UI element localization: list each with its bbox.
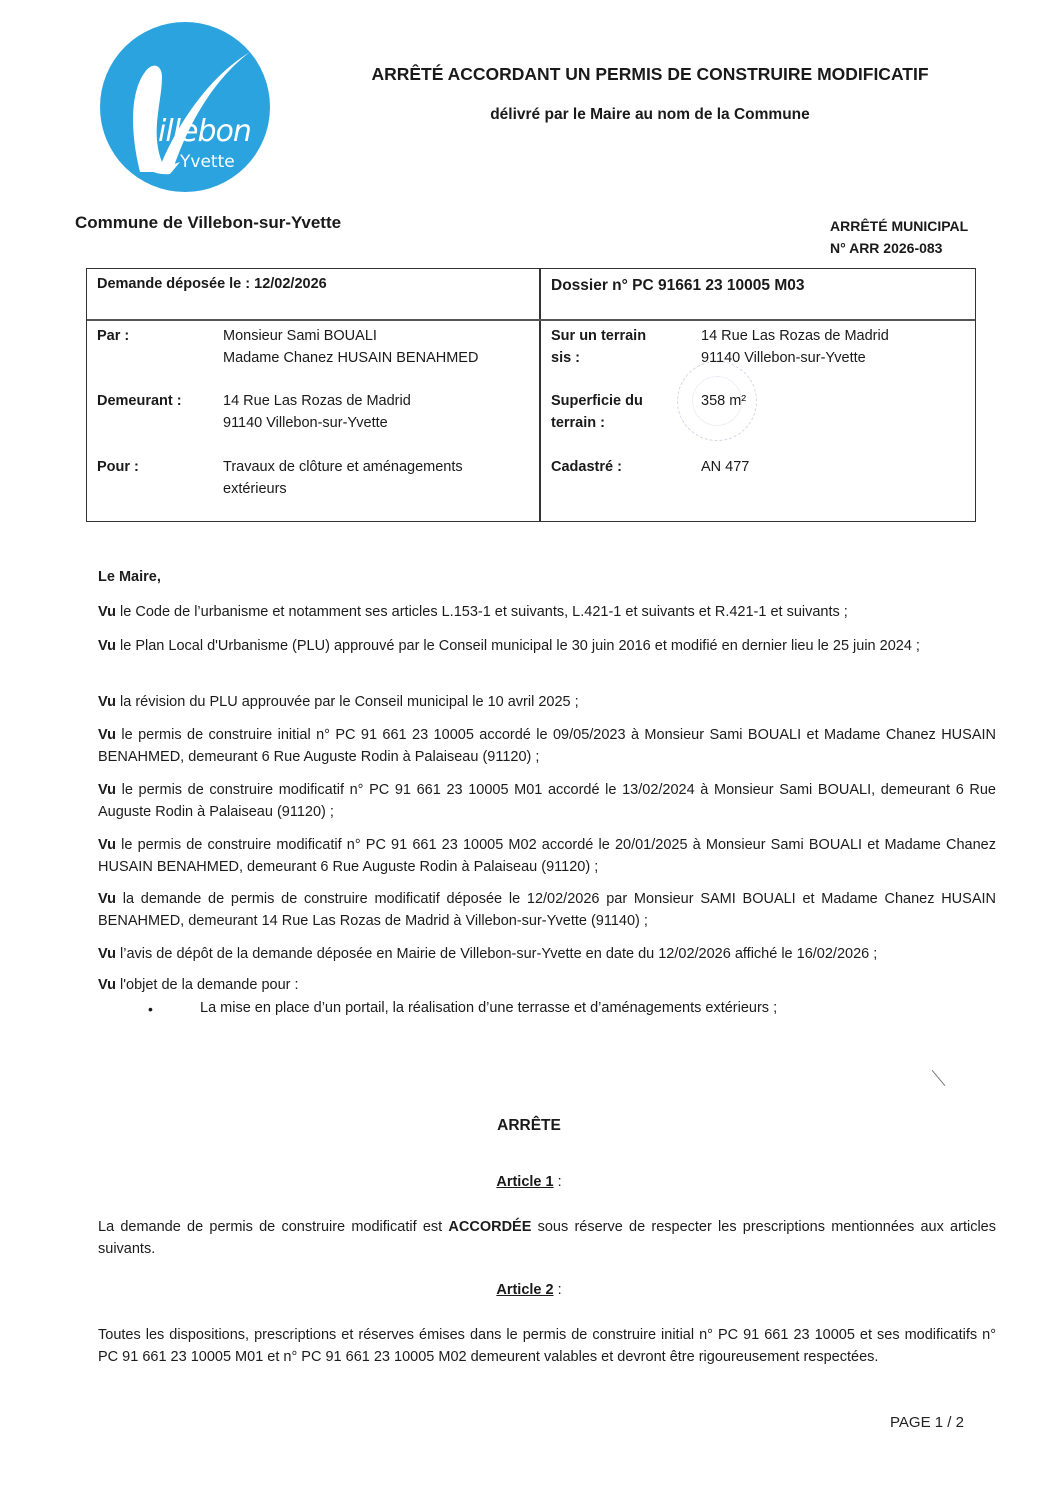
superficie-label-1: Superficie du [551,390,643,412]
terrain-label-2: sis : [551,347,580,369]
article-2-title: Article 2 : [0,1282,1058,1298]
pour-label: Pour : [97,456,139,478]
intro: Le Maire, [98,566,996,588]
commune-name: Commune de Villebon-sur-Yvette [75,213,341,233]
visa-6: Vu le permis de construire modificatif n… [98,834,996,878]
visa-8: Vu l’avis de dépôt de la demande déposée… [98,943,996,965]
demeurant-label: Demeurant : [97,390,182,412]
par-value-2: Madame Chanez HUSAIN BENAHMED [223,347,478,369]
bullet-icon: • [148,1001,153,1017]
superficie-value: 358 m² [701,390,746,412]
arrete-label: ARRÊTÉ MUNICIPAL [830,218,968,234]
article-1-title: Article 1 : [0,1174,1058,1190]
par-label: Par : [97,325,129,347]
visa-9: Vu l'objet de la demande pour : [98,974,996,996]
logo-subtext: sur Yvette [148,152,235,172]
table-divider [539,269,541,521]
superficie-label-2: terrain : [551,412,605,434]
document-title: ARRÊTÉ ACCORDANT UN PERMIS DE CONSTRUIRE… [370,64,930,85]
terrain-value-1: 14 Rue Las Rozas de Madrid [701,325,889,347]
terrain-value-2: 91140 Villebon-sur-Yvette [701,347,866,369]
visa-2: Vu le Plan Local d'Urbanisme (PLU) appro… [98,635,996,657]
villebon-logo: illebon sur Yvette [100,22,270,192]
demeurant-value-1: 14 Rue Las Rozas de Madrid [223,390,411,412]
demeurant-value-2: 91140 Villebon-sur-Yvette [223,412,388,434]
demande-date: Demande déposée le : 12/02/2026 [97,273,327,295]
pour-value-1: Travaux de clôture et aménagements [223,456,463,478]
pour-value-2: extérieurs [223,478,287,500]
dossier-number: Dossier n° PC 91661 23 10005 M03 [551,275,805,297]
article-1-text: La demande de permis de construire modif… [98,1216,996,1260]
visa-7: Vu la demande de permis de construire mo… [98,888,996,932]
par-value-1: Monsieur Sami BOUALI [223,325,377,347]
permit-info-table: Demande déposée le : 12/02/2026 Dossier … [86,268,976,522]
visa-3: Vu la révision du PLU approuvée par le C… [98,691,996,713]
visa-4: Vu le permis de construire initial n° PC… [98,724,996,768]
bullet-item: La mise en place d’un portail, la réalis… [200,1000,777,1016]
terrain-label-1: Sur un terrain [551,325,646,347]
visa-1: Vu le Code de l’urbanisme et notamment s… [98,601,996,623]
page-number: PAGE 1 / 2 [890,1414,964,1431]
table-divider [87,319,975,321]
document-subtitle: délivré par le Maire au nom de la Commun… [370,106,930,124]
visa-5: Vu le permis de construire modificatif n… [98,779,996,823]
scan-mark [932,1070,946,1086]
cadastre-value: AN 477 [701,456,749,478]
article-2-text: Toutes les dispositions, prescriptions e… [98,1324,996,1368]
arrete-number: N° ARR 2026-083 [830,240,942,256]
logo-text: illebon [158,114,251,149]
arrete-heading: ARRÊTE [0,1117,1058,1135]
cadastre-label: Cadastré : [551,456,622,478]
